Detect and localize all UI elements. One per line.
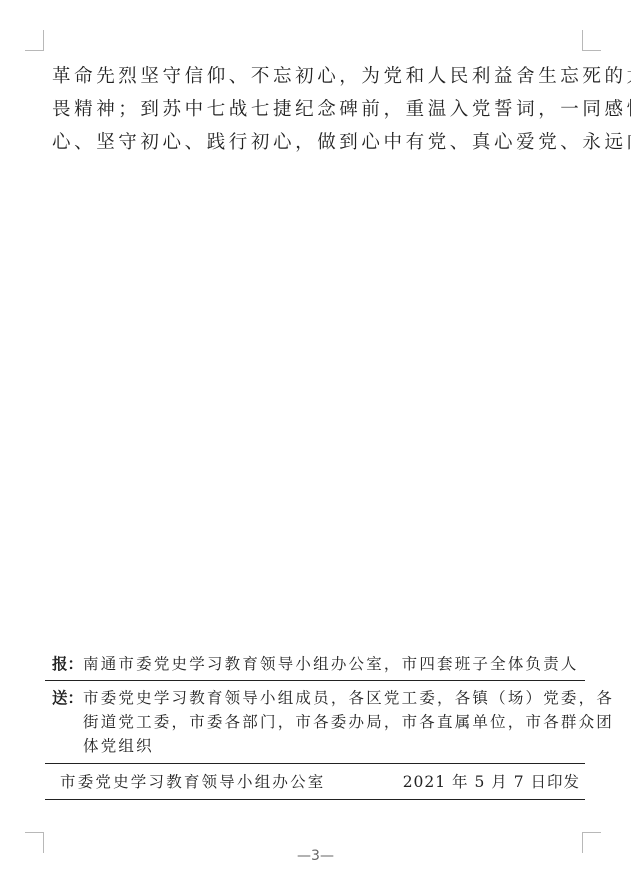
body-line: 畏精神；到苏中七战七捷纪念碑前，重温入党誓词，一同感悟初 bbox=[52, 93, 582, 126]
send-recipients-line: 体党组织 bbox=[52, 734, 592, 758]
crop-mark-top-right bbox=[582, 30, 601, 51]
body-paragraph: 革命先烈坚守信仰、不忘初心，为党和人民利益舍生忘死的大无 畏精神；到苏中七战七捷… bbox=[52, 60, 582, 159]
page-number: —3— bbox=[0, 848, 631, 864]
send-recipients-line: 市委党史学习教育领导小组成员，各区党工委，各镇（场）党委，各 bbox=[83, 689, 614, 707]
divider-line bbox=[45, 680, 585, 681]
body-line: 革命先烈坚守信仰、不忘初心，为党和人民利益舍生忘死的大无 bbox=[52, 60, 582, 93]
report-to-row: 报：南通市委党史学习教育领导小组办公室，市四套班子全体负责人 bbox=[52, 652, 592, 674]
send-to-row: 送：市委党史学习教育领导小组成员，各区党工委，各镇（场）党委，各 街道党工委，市… bbox=[52, 686, 592, 758]
divider-line bbox=[45, 799, 585, 800]
report-recipients: 南通市委党史学习教育领导小组办公室，市四套班子全体负责人 bbox=[83, 655, 579, 673]
issuing-office: 市委党史学习教育领导小组办公室 bbox=[60, 770, 326, 792]
send-recipients-line: 街道党工委，市委各部门，市各委办局，市各直属单位，市各群众团 bbox=[52, 710, 592, 734]
crop-mark-top-left bbox=[25, 30, 44, 51]
issuer-row: 市委党史学习教育领导小组办公室 2021 年 5 月 7 日印发 bbox=[60, 770, 580, 792]
send-label: 送： bbox=[52, 689, 83, 707]
body-line: 心、坚守初心、践行初心，做到心中有党、真心爱党、永远向党。 bbox=[52, 126, 582, 159]
divider-line bbox=[45, 763, 585, 764]
issue-date: 2021 年 5 月 7 日印发 bbox=[403, 770, 580, 792]
report-label: 报： bbox=[52, 655, 83, 673]
